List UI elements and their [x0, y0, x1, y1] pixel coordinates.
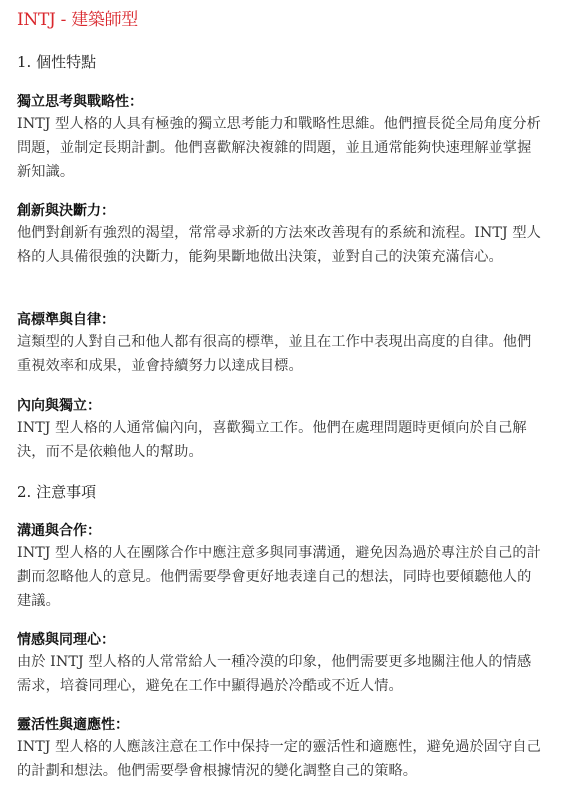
note-heading: 靈活性與適應性：: [17, 715, 545, 735]
trait-body: 他們對創新有強烈的渴望，常常尋求新的方法來改善現有的系統和流程。INTJ 型人格…: [17, 221, 545, 269]
document-title: INTJ - 建築師型: [17, 9, 138, 31]
note-body: 由於 INTJ 型人格的人常常給人一種冷漠的印象，他們需要更多地關注他人的情感需…: [17, 650, 545, 698]
trait-heading: 內向與獨立：: [17, 396, 545, 416]
trait-body: 這類型的人對自己和他人都有很高的標準，並且在工作中表現出高度的自律。他們重視效率…: [17, 330, 545, 378]
note-block-flexibility: 靈活性與適應性： INTJ 型人格的人應該注意在工作中保持一定的靈活性和適應性，…: [17, 715, 545, 783]
note-block-communication: 溝通與合作： INTJ 型人格的人在團隊合作中應注意多與同事溝通，避免因為過於專…: [17, 521, 545, 613]
note-block-empathy: 情感與同理心： 由於 INTJ 型人格的人常常給人一種冷漠的印象，他們需要更多地…: [17, 630, 545, 698]
note-heading: 情感與同理心：: [17, 630, 545, 650]
note-body: INTJ 型人格的人在團隊合作中應注意多與同事溝通，避免因為過於專注於自己的計劃…: [17, 541, 545, 613]
trait-block-high-standards: 高標準與自律： 這類型的人對自己和他人都有很高的標準，並且在工作中表現出高度的自…: [17, 310, 545, 378]
trait-body: INTJ 型人格的人通常偏內向，喜歡獨立工作。他們在處理問題時更傾向於自己解決，…: [17, 416, 545, 464]
trait-block-introversion: 內向與獨立： INTJ 型人格的人通常偏內向，喜歡獨立工作。他們在處理問題時更傾…: [17, 396, 545, 464]
section-heading-personality: 1. 個性特點: [17, 52, 96, 72]
trait-heading: 高標準與自律：: [17, 310, 545, 330]
trait-body: INTJ 型人格的人具有極強的獨立思考能力和戰略性思維。他們擅長從全局角度分析問…: [17, 112, 545, 184]
trait-block-independent-thinking: 獨立思考與戰略性： INTJ 型人格的人具有極強的獨立思考能力和戰略性思維。他們…: [17, 92, 545, 184]
note-heading: 溝通與合作：: [17, 521, 545, 541]
trait-heading: 獨立思考與戰略性：: [17, 92, 545, 112]
note-body: INTJ 型人格的人應該注意在工作中保持一定的靈活性和適應性，避免過於固守自己的…: [17, 735, 545, 783]
trait-heading: 創新與決斷力：: [17, 201, 545, 221]
trait-block-innovation: 創新與決斷力： 他們對創新有強烈的渴望，常常尋求新的方法來改善現有的系統和流程。…: [17, 201, 545, 269]
section-heading-notes: 2. 注意事項: [17, 482, 96, 502]
